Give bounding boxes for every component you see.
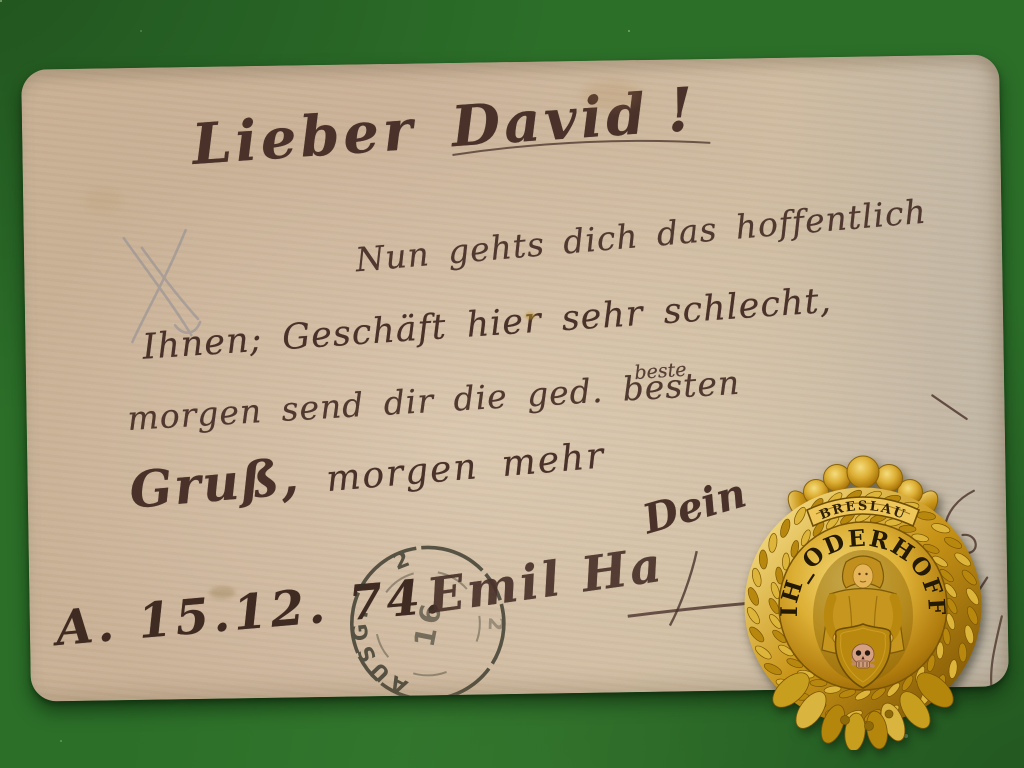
gold-badge: BRESLAU IH_ODERHOFF [722,446,1004,750]
salutation-exclamation: ! [647,75,700,148]
postmark-arc-label: AUSG. [334,603,423,700]
salutation-line: Lieber David! [190,75,700,179]
skull-emblem [852,644,874,668]
body-line-5: Gruß,morgen mehr [127,420,607,519]
line5-rest: morgen mehr [325,435,607,500]
body-line-4: morgen send dir die ged. besten [126,363,741,438]
closing-flourish [669,551,698,625]
body-line-2: Nun gehts dich das hoffentlich [354,192,928,280]
salutation-text: Lieber David [190,81,651,178]
photo-of-postcard: { "photo": { "background_color": "#2c6f2… [0,0,1024,768]
body-line-3: Ihnen; Geschäft hier sehr schlecht, [141,281,833,368]
stain [83,188,123,213]
greeting-word: Gruß, [127,447,302,520]
monk-face [853,564,873,588]
